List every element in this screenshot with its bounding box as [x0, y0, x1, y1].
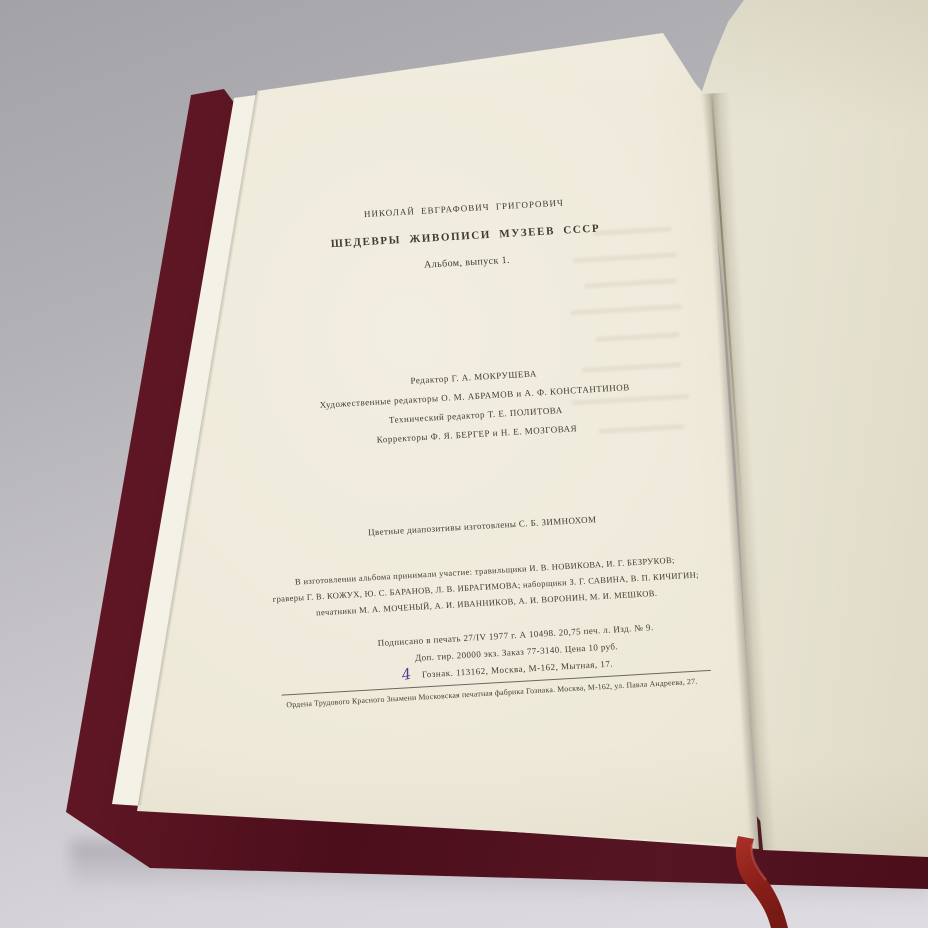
diapositives-line: Цветные диапозитивы изготовлены С. Б. ЗИ…	[238, 507, 726, 545]
editors-block: Редактор Г. А. МОКРУШЕВА Художественные …	[230, 354, 722, 458]
colophon-text: НИКОЛАЙ ЕВГРАФОВИЧ ГРИГОРОВИЧ ШЕДЕВРЫ ЖИ…	[213, 75, 738, 762]
book-photo: НИКОЛАЙ ЕВГРАФОВИЧ ГРИГОРОВИЧ ШЕДЕВРЫ ЖИ…	[0, 0, 928, 928]
handwritten-mark: 4	[400, 665, 413, 685]
bookmark-ribbon	[708, 834, 838, 928]
participants-block: В изготовлении альбома принимали участие…	[241, 549, 731, 625]
